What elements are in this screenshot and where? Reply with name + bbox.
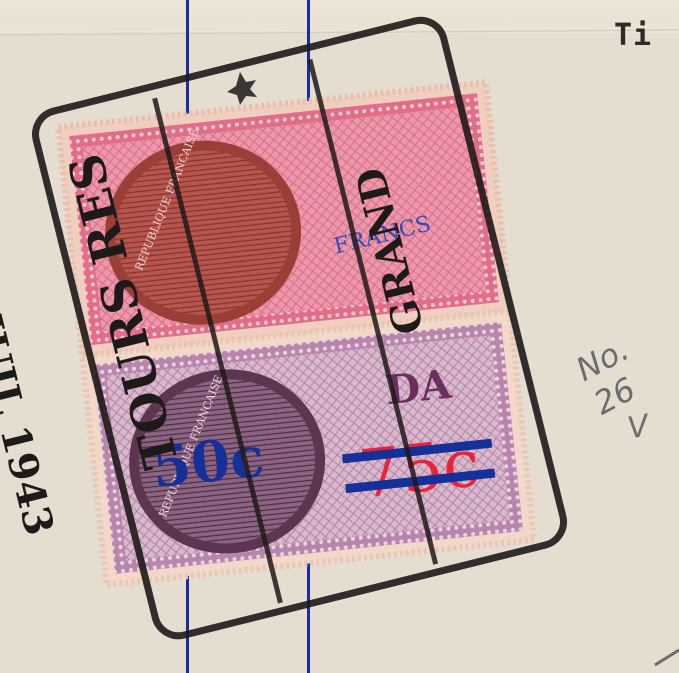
cancellation-text-date: 10 JUIL 1943 [0, 242, 63, 540]
document-photo: Ti No. 26 V [0, 0, 679, 673]
ink-smudge [227, 72, 257, 105]
pencil-stroke [655, 650, 679, 665]
stamps-layer: REPUBLIQUE FRANCAISE FRANCS REPUBLIQUE F… [0, 0, 679, 673]
